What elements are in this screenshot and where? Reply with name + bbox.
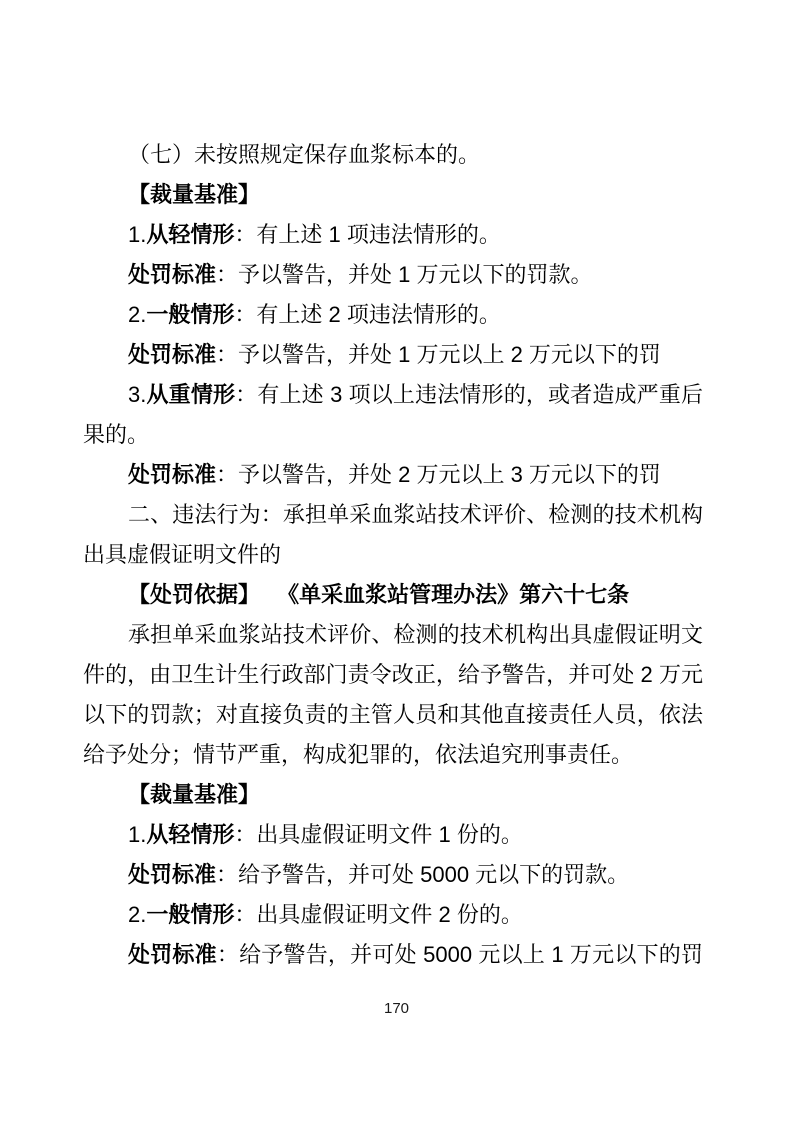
text-line: （七）未按照规定保存血浆标本的。 <box>83 135 703 175</box>
text-run: ：有上述 2 项违法情形的。 <box>234 302 500 327</box>
text-run: 【裁量基准】 <box>128 182 260 207</box>
text-line: 2.一般情形：有上述 2 项违法情形的。 <box>83 295 703 335</box>
section-heading: 【裁量基准】 <box>83 175 703 215</box>
text-run: 一般情形 <box>146 302 234 327</box>
text-line: 以下的罚款；对直接负责的主管人员和其他直接责任人员，依法 <box>83 695 703 735</box>
text-line: 二、违法行为：承担单采血浆站技术评价、检测的技术机构 <box>83 495 703 535</box>
document-page: （七）未按照规定保存血浆标本的。 【裁量基准】 1.从轻情形：有上述 1 项违法… <box>0 0 793 1122</box>
text-run: 处罚标准 <box>128 262 216 287</box>
text-line: 给予处分；情节严重，构成犯罪的，依法追究刑事责任。 <box>83 735 703 775</box>
text-run: ：予以警告，并处 1 万元以下的罚款。 <box>216 262 592 287</box>
text-run: 1. <box>128 822 146 847</box>
text-run: 【裁量基准】 <box>128 782 260 807</box>
text-run: ：有上述 1 项违法情形的。 <box>234 222 500 247</box>
text-line: 处罚标准：予以警告，并处 2 万元以上 3 万元以下的罚款。 <box>83 455 703 495</box>
text-run: 承担单采血浆站技术评价、检测的技术机构出具虚假证明文 <box>128 622 703 647</box>
text-run: 处罚标准 <box>128 942 217 967</box>
text-line: 1.从轻情形：出具虚假证明文件 1 份的。 <box>83 815 703 855</box>
text-run: （七）未按照规定保存血浆标本的。 <box>128 142 480 167</box>
text-run: ：出具虚假证明文件 1 份的。 <box>234 822 522 847</box>
text-line: 件的，由卫生计生行政部门责令改正，给予警告，并可处 2 万元 <box>83 655 703 695</box>
text-run: 二、违法行为：承担单采血浆站技术评价、检测的技术机构 <box>128 502 703 527</box>
text-line: 处罚标准：给予警告，并可处 5000 元以下的罚款。 <box>83 855 703 895</box>
text-run: 从轻情形 <box>146 222 234 247</box>
text-line: 出具虚假证明文件的 <box>83 535 703 575</box>
document-body: （七）未按照规定保存血浆标本的。 【裁量基准】 1.从轻情形：有上述 1 项违法… <box>83 135 703 975</box>
text-run: 果的。 <box>83 422 149 447</box>
text-run: 处罚标准 <box>128 862 216 887</box>
text-line: 处罚标准：予以警告，并处 1 万元以下的罚款。 <box>83 255 703 295</box>
text-line: 处罚标准：给予警告，并可处 5000 元以上 1 万元以下的罚 <box>83 935 703 975</box>
text-run: 从重情形 <box>146 382 235 407</box>
text-run: 【处罚依据】 《单采血浆站管理办法》第六十七条 <box>128 582 629 607</box>
text-line: 1.从轻情形：有上述 1 项违法情形的。 <box>83 215 703 255</box>
text-line: 2.一般情形：出具虚假证明文件 2 份的。 <box>83 895 703 935</box>
text-run: 给予处分；情节严重，构成犯罪的，依法追究刑事责任。 <box>83 742 633 767</box>
text-line: 果的。 <box>83 415 703 455</box>
text-run: 从轻情形 <box>146 822 234 847</box>
text-line: 3.从重情形：有上述 3 项以上违法情形的，或者造成严重后 <box>83 375 703 415</box>
text-run: 以下的罚款；对直接负责的主管人员和其他直接责任人员，依法 <box>83 702 703 727</box>
text-run: 一般情形 <box>146 902 234 927</box>
text-run: ：给予警告，并可处 5000 元以下的罚款。 <box>216 862 629 887</box>
text-run: 处罚标准 <box>128 462 216 487</box>
text-line: 处罚标准：予以警告，并处 1 万元以上 2 万元以下的罚款。 <box>83 335 703 375</box>
text-run: 3. <box>128 382 146 407</box>
text-line: 承担单采血浆站技术评价、检测的技术机构出具虚假证明文 <box>83 615 703 655</box>
text-run: 2. <box>128 302 146 327</box>
text-run: 出具虚假证明文件的 <box>83 542 281 567</box>
text-run: 2. <box>128 902 146 927</box>
text-run: 件的，由卫生计生行政部门责令改正，给予警告，并可处 2 万元 <box>83 662 703 687</box>
text-run: 处罚标准 <box>128 342 216 367</box>
page-number: 170 <box>0 999 793 1019</box>
section-heading: 【处罚依据】 《单采血浆站管理办法》第六十七条 <box>83 575 703 615</box>
section-heading: 【裁量基准】 <box>83 775 703 815</box>
text-run: ：给予警告，并可处 5000 元以上 1 万元以下的罚 <box>217 942 703 967</box>
text-run: 1. <box>128 222 146 247</box>
text-run: ：出具虚假证明文件 2 份的。 <box>234 902 522 927</box>
text-run: ：有上述 3 项以上违法情形的，或者造成严重后 <box>235 382 703 407</box>
